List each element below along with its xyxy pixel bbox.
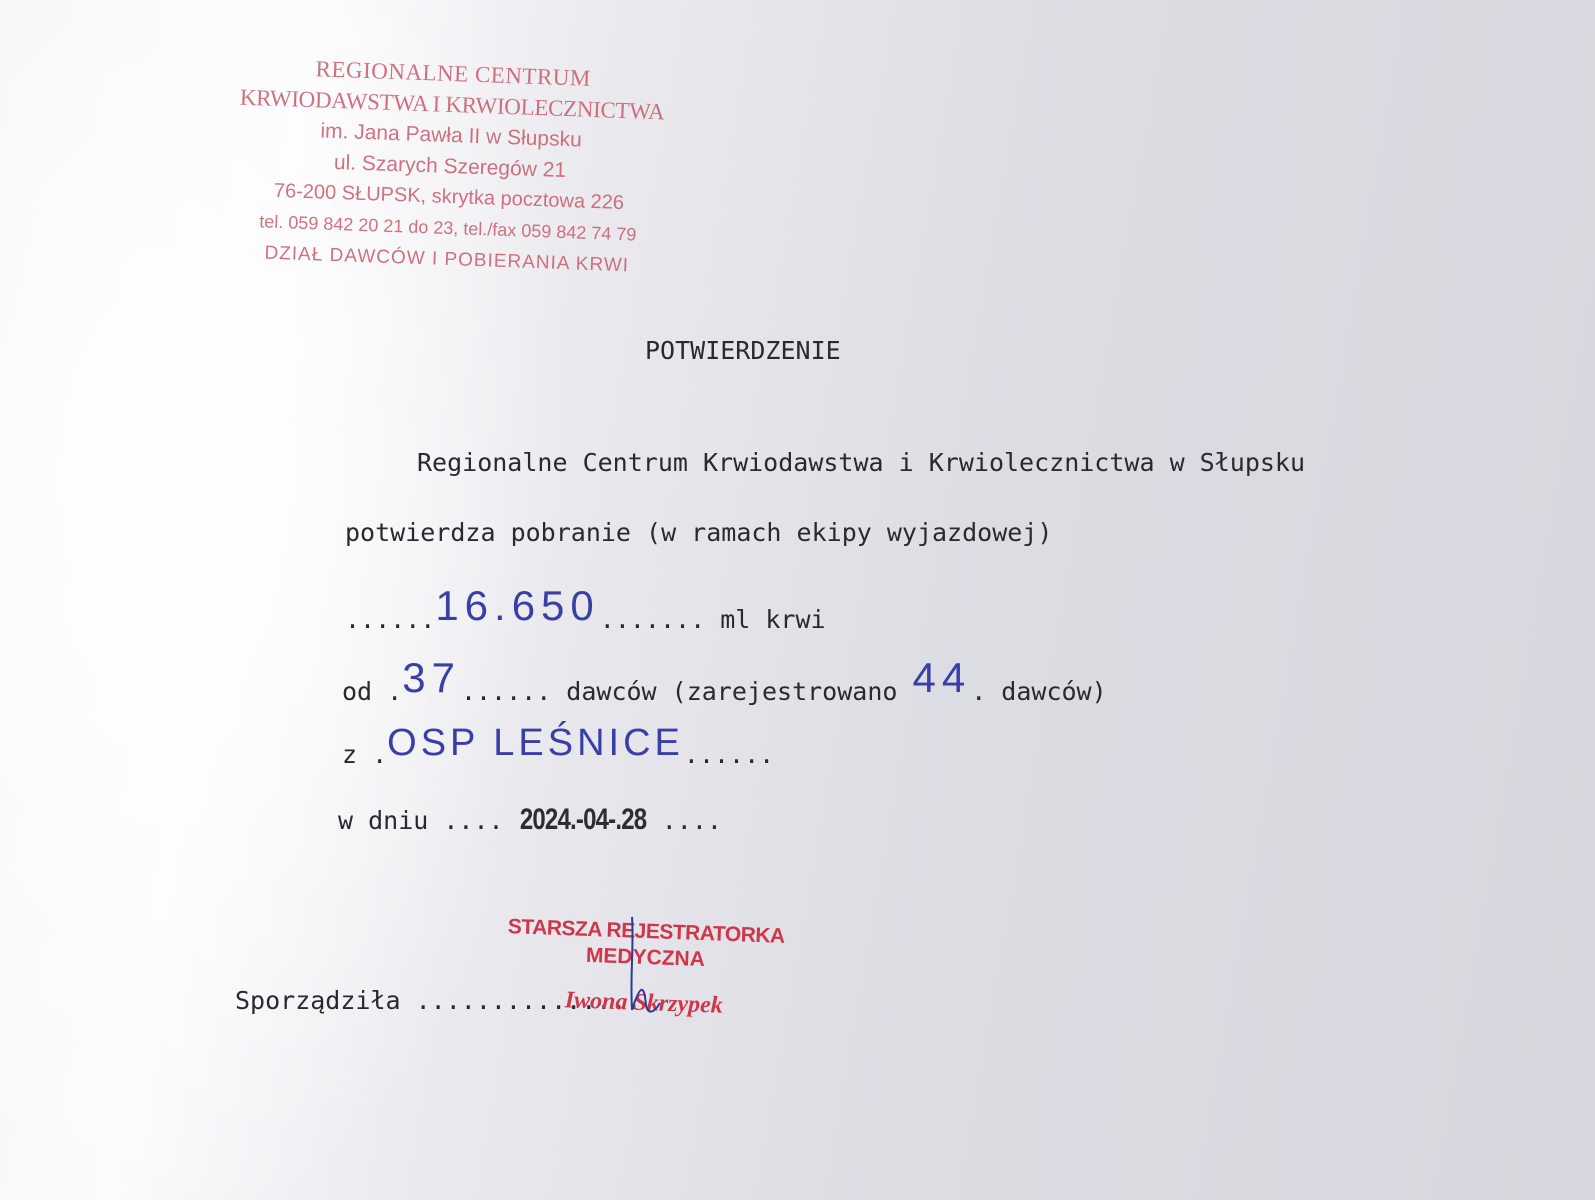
donors-line: od .37...... dawców (zarejestrowano 44. … — [342, 662, 1107, 710]
donors-label: dawców (zarejestrowano — [566, 677, 912, 706]
intro-line-2: potwierdza pobranie (w ramach ekipy wyja… — [345, 518, 1052, 547]
donors-suffix: . dawców) — [971, 677, 1106, 706]
dots: ....... — [600, 605, 705, 634]
date-value: 2024.-04-.28 — [519, 803, 646, 837]
donors-prefix: od . — [342, 677, 402, 706]
dots: ...... — [684, 740, 774, 769]
intro-line-1: Regionalne Centrum Krwiodawstwa i Krwiol… — [417, 448, 1305, 477]
handwritten-signature-icon — [610, 915, 670, 1030]
dots: .... — [662, 806, 722, 835]
date-prefix: w dniu .... — [338, 806, 504, 835]
place-prefix: z . — [342, 740, 387, 769]
date-line: w dniu ....2024.-04-.28.... — [338, 803, 722, 837]
prepared-by-label: Sporządziła — [235, 986, 416, 1015]
institution-stamp: REGIONALNE CENTRUM KRWIODAWSTWA I KRWIOL… — [201, 50, 698, 284]
document-title: POTWIERDZENIE — [645, 336, 841, 365]
registered-value: 44 — [912, 654, 971, 701]
dots: ...... — [461, 677, 566, 706]
volume-unit: ml krwi — [705, 605, 825, 634]
place-line: z .OSP LEŚNICE...... — [342, 730, 774, 773]
place-value: OSP LEŚNICE — [387, 722, 684, 764]
donors-value: 37 — [402, 654, 461, 701]
volume-line: ......16.650....... ml krwi — [345, 590, 826, 638]
dots: ...... — [345, 605, 435, 634]
volume-value: 16.650 — [435, 582, 599, 629]
